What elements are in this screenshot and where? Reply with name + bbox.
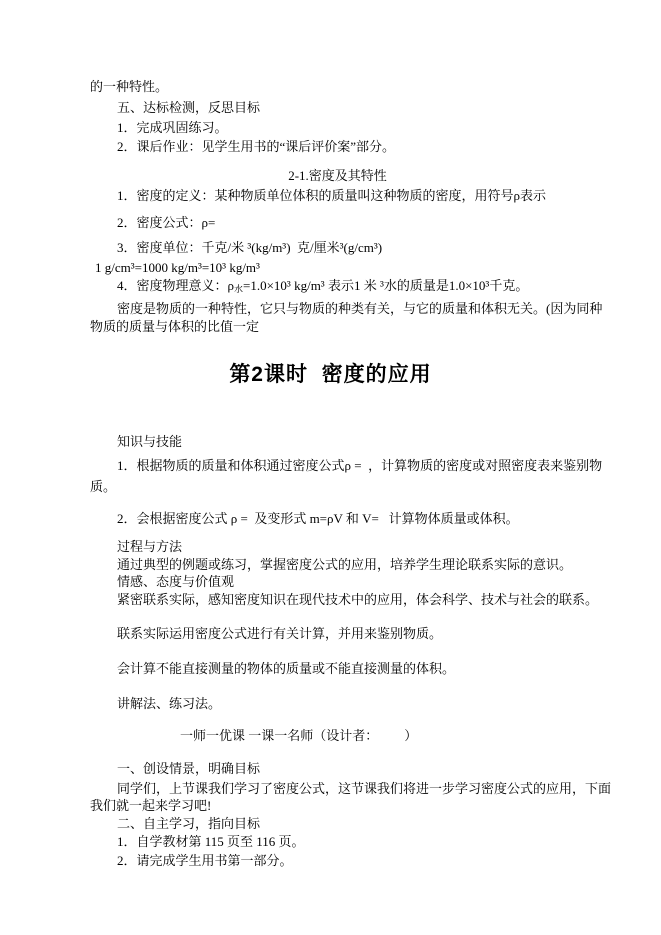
text-line: 1．密度的定义：某种物质单位体积的质量叫这种物质的密度，用符号ρ表示 <box>0 186 661 205</box>
section-heading: 情感、态度与价值观 <box>0 572 661 591</box>
text-line: 1．自学教材第 115 页至 116 页。 <box>0 832 661 851</box>
text-line: 1．根据物质的质量和体积通过密度公式ρ = ，计算物质的密度或对照密度表来鉴别物 <box>0 456 661 475</box>
text-line: 联系实际运用密度公式进行有关计算，并用来鉴别物质。 <box>0 624 661 643</box>
text-line: 的一种特性。 <box>0 77 661 96</box>
text-line: 我们就一起来学习吧! <box>0 796 661 815</box>
text-line: 物质的质量与体积的比值一定 <box>0 317 661 336</box>
course-banner: 一师一优课 一课一名师（设计者： ） <box>0 726 661 745</box>
subsection-title: 2-1.密度及其特性 <box>0 166 661 185</box>
text-line: 1．完成巩固练习。 <box>0 118 661 137</box>
run-text: =1.0×10³ kg/m³ 表示1 米 ³水的质量是1.0×10³千克。 <box>243 278 528 293</box>
section-heading: 过程与方法 <box>0 537 661 556</box>
text-line: 2．会根据密度公式 ρ = 及变形式 m=ρV 和 V= 计算物体质量或体积。 <box>0 509 661 528</box>
text-line: 质。 <box>0 477 661 496</box>
text-line: 2．密度公式：ρ= <box>0 213 661 232</box>
document-page: 的一种特性。五、达标检测，反思目标1．完成巩固练习。2．课后作业：见学生用书的“… <box>0 0 661 935</box>
text-line: 会计算不能直接测量的物体的质量或不能直接测量的体积。 <box>0 659 661 678</box>
section-heading: 五、达标检测，反思目标 <box>0 98 661 117</box>
section-heading: 知识与技能 <box>0 432 661 451</box>
section-heading: 一、创设情景，明确目标 <box>0 759 661 778</box>
text-line: 密度是物质的一种特性，它只与物质的种类有关，与它的质量和体积无关。(因为同种 <box>0 299 661 318</box>
subscript-text: 水 <box>234 284 243 294</box>
text-line: 讲解法、练习法。 <box>0 694 661 713</box>
text-line: 3．密度单位：千克/米 ³(kg/m³) 克/厘米³(g/cm³) <box>0 238 661 257</box>
text-line: 紧密联系实际，感知密度知识在现代技术中的应用，体会科学、技术与社会的联系。 <box>0 590 661 609</box>
text-line: 2．请完成学生用书第一部分。 <box>0 851 661 870</box>
text-line: 4．密度物理意义：ρ水=1.0×10³ kg/m³ 表示1 米 ³水的质量是1.… <box>0 276 661 299</box>
text-line: 1 g/cm³=1000 kg/m³=10³ kg/m³ <box>0 258 661 277</box>
text-line: 2．课后作业：见学生用书的“课后评价案”部分。 <box>0 137 661 156</box>
lesson-title: 第2课时 密度的应用 <box>0 361 661 389</box>
section-heading: 二、自主学习，指向目标 <box>0 814 661 833</box>
run-text: 4．密度物理意义：ρ <box>117 278 234 293</box>
